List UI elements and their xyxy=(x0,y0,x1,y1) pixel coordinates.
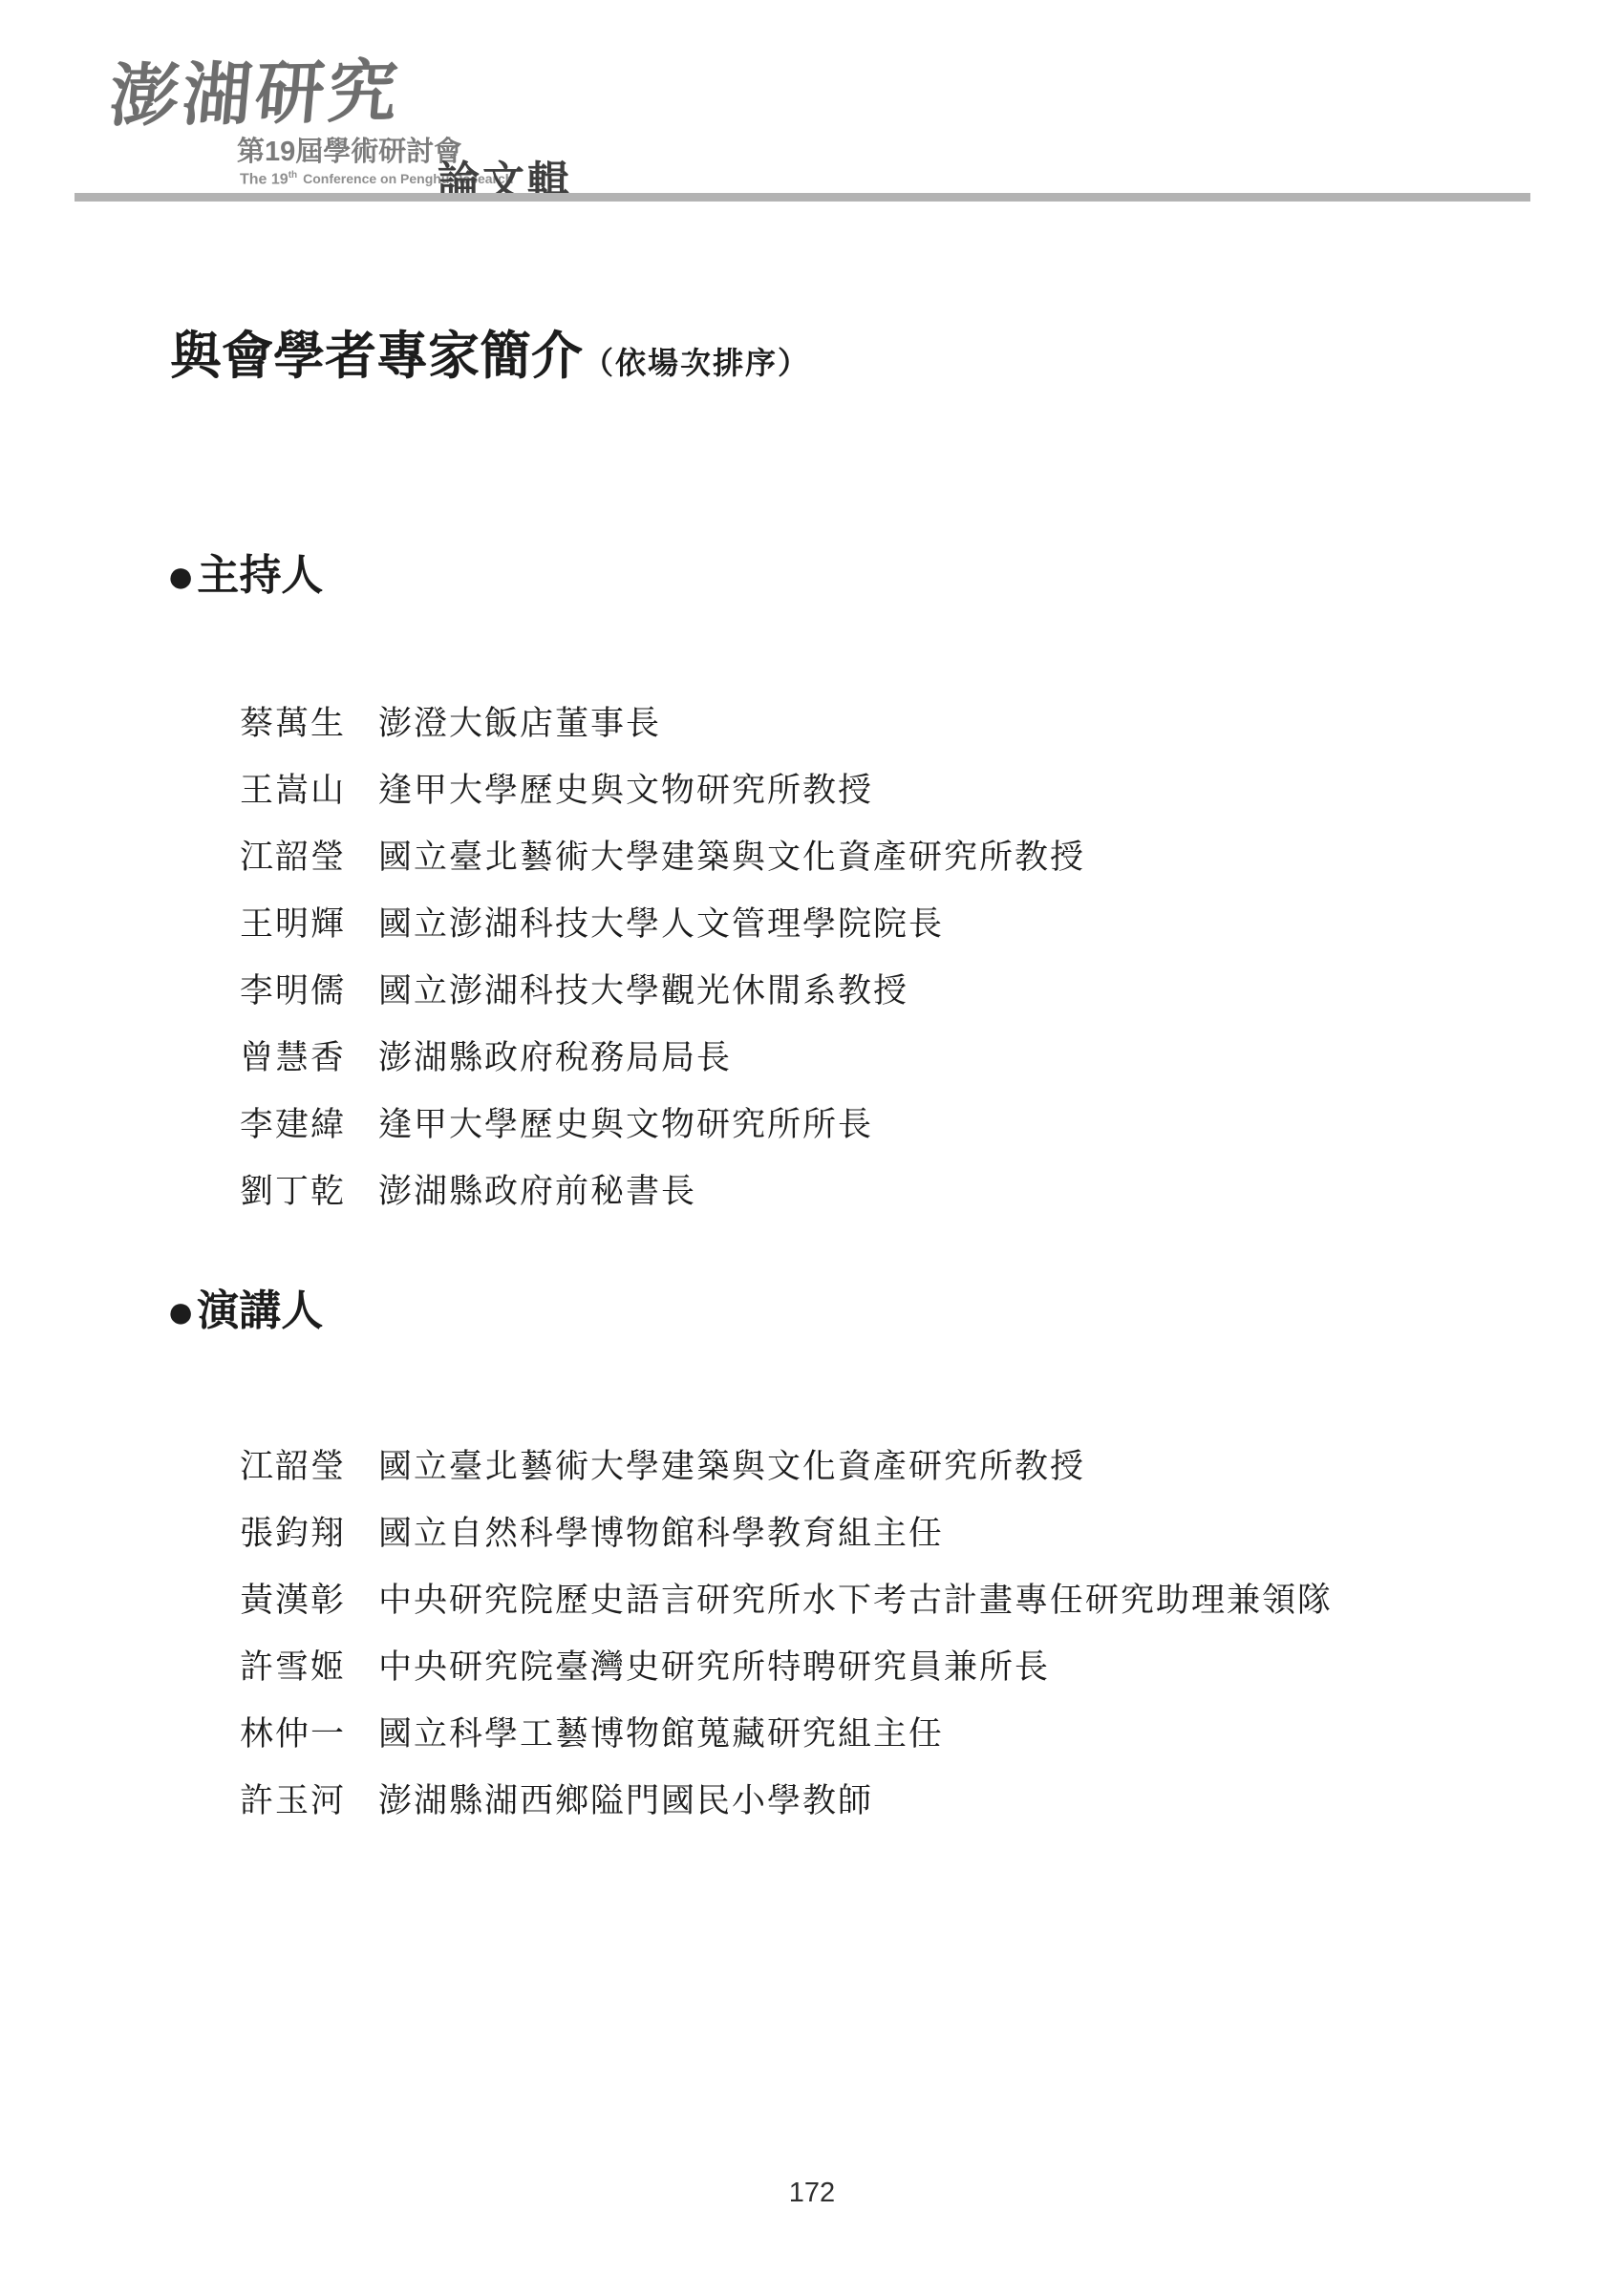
person-affiliation: 國立科學工藝博物館蒐藏研究組主任 xyxy=(378,1708,944,1755)
person-affiliation: 國立澎湖科技大學人文管理學院院長 xyxy=(378,898,944,946)
person-row: 許玉河 澎湖縣湖西鄉隘門國民小學教師 xyxy=(240,1765,1333,1832)
header-divider-rule xyxy=(75,193,1530,202)
person-affiliation: 澎湖縣湖西鄉隘門國民小學教師 xyxy=(378,1775,873,1822)
person-row: 江韶瑩 國立臺北藝術大學建築與文化資產研究所教授 xyxy=(240,821,1085,888)
section-heading-speakers: ● 演講人 xyxy=(166,1287,323,1335)
page-title-note: （依場次排序） xyxy=(583,346,810,380)
person-row: 林仲一 國立科學工藝博物館蒐藏研究組主任 xyxy=(240,1698,1333,1765)
person-affiliation: 澎澄大飯店董事長 xyxy=(378,697,661,745)
person-row: 黃漢彰 中央研究院歷史語言研究所水下考古計畫專任研究助理兼領隊 xyxy=(240,1564,1333,1631)
page-title-text: 與會學者專家簡介 xyxy=(170,328,583,385)
person-row: 王嵩山 逢甲大學歷史與文物研究所教授 xyxy=(240,755,1085,821)
section-label: 主持人 xyxy=(197,555,323,597)
bullet-icon: ● xyxy=(166,552,195,600)
person-affiliation: 國立澎湖科技大學觀光休閒系教授 xyxy=(378,965,908,1012)
person-name: 江韶瑩 xyxy=(240,831,347,879)
person-name: 曾慧香 xyxy=(240,1031,347,1079)
conference-edition-title: 第19屆學術研討會 xyxy=(237,130,461,169)
moderator-list: 蔡萬生 澎澄大飯店董事長 王嵩山 逢甲大學歷史與文物研究所教授 江韶瑩 國立臺北… xyxy=(240,688,1085,1222)
ordinal-suffix: th xyxy=(288,170,297,181)
person-affiliation: 澎湖縣政府前秘書長 xyxy=(378,1165,696,1213)
person-name: 劉丁乾 xyxy=(240,1165,347,1213)
document-page: 澎湖研究 第19屆學術研討會 The 19thConference on Pen… xyxy=(0,0,1624,2296)
person-name: 黃漢彰 xyxy=(240,1574,347,1622)
speaker-list: 江韶瑩 國立臺北藝術大學建築與文化資產研究所教授 張鈞翔 國立自然科學博物館科學… xyxy=(240,1431,1333,1832)
person-affiliation: 中央研究院臺灣史研究所特聘研究員兼所長 xyxy=(378,1641,1050,1689)
person-name: 許玉河 xyxy=(240,1775,347,1822)
person-name: 張鈞翔 xyxy=(240,1507,347,1555)
person-name: 王嵩山 xyxy=(240,764,347,812)
person-affiliation: 逢甲大學歷史與文物研究所所長 xyxy=(378,1098,873,1146)
bullet-icon: ● xyxy=(166,1287,195,1335)
person-name: 蔡萬生 xyxy=(240,697,347,745)
person-name: 江韶瑩 xyxy=(240,1440,347,1488)
section-heading-moderators: ● 主持人 xyxy=(166,552,323,600)
person-name: 王明輝 xyxy=(240,898,347,946)
person-name: 林仲一 xyxy=(240,1708,347,1755)
person-affiliation: 國立自然科學博物館科學教育組主任 xyxy=(378,1507,944,1555)
logo-penghu-research: 澎湖研究 xyxy=(106,35,406,139)
person-row: 江韶瑩 國立臺北藝術大學建築與文化資產研究所教授 xyxy=(240,1431,1333,1498)
person-name: 許雪姬 xyxy=(240,1641,347,1689)
page-title: 與會學者專家簡介（依場次排序） xyxy=(170,327,810,386)
person-affiliation: 國立臺北藝術大學建築與文化資產研究所教授 xyxy=(378,831,1085,879)
person-row: 許雪姬 中央研究院臺灣史研究所特聘研究員兼所長 xyxy=(240,1631,1333,1698)
person-affiliation: 澎湖縣政府稅務局局長 xyxy=(378,1031,732,1079)
person-row: 李明儒 國立澎湖科技大學觀光休閒系教授 xyxy=(240,955,1085,1022)
person-row: 蔡萬生 澎澄大飯店董事長 xyxy=(240,688,1085,755)
person-affiliation: 國立臺北藝術大學建築與文化資產研究所教授 xyxy=(378,1440,1085,1488)
person-row: 王明輝 國立澎湖科技大學人文管理學院院長 xyxy=(240,888,1085,955)
person-affiliation: 逢甲大學歷史與文物研究所教授 xyxy=(378,764,873,812)
person-row: 張鈞翔 國立自然科學博物館科學教育組主任 xyxy=(240,1498,1333,1564)
person-row: 李建緯 逢甲大學歷史與文物研究所所長 xyxy=(240,1089,1085,1156)
person-row: 劉丁乾 澎湖縣政府前秘書長 xyxy=(240,1156,1085,1222)
person-name: 李明儒 xyxy=(240,965,347,1012)
section-label: 演講人 xyxy=(197,1290,323,1332)
english-title-prefix: The 19 xyxy=(240,171,288,187)
person-name: 李建緯 xyxy=(240,1098,347,1146)
person-affiliation: 中央研究院歷史語言研究所水下考古計畫專任研究助理兼領隊 xyxy=(378,1574,1333,1622)
person-row: 曾慧香 澎湖縣政府稅務局局長 xyxy=(240,1022,1085,1089)
page-number: 172 xyxy=(0,2178,1624,2209)
